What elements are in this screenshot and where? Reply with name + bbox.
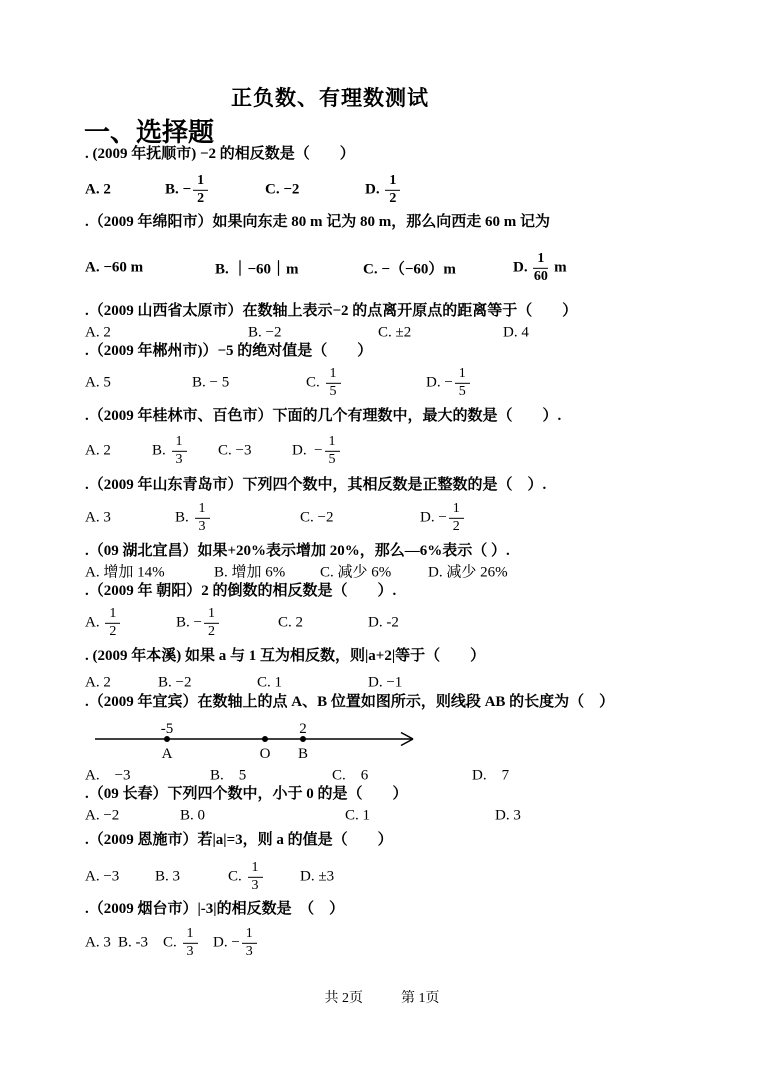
fraction: 12 <box>385 174 400 206</box>
option: D. 3 <box>495 808 521 825</box>
document-page: 正负数、有理数测试 一、选择题 . (2009 年抚顺市) −2 的相反数是（ … <box>0 0 764 1080</box>
option: A. −3 <box>85 764 131 785</box>
fraction-denominator: 2 <box>385 191 400 207</box>
option: A. 2 <box>85 325 111 342</box>
fraction-numerator: 1 <box>242 927 257 944</box>
option: C. ±2 <box>378 325 411 342</box>
option: B. −2 <box>248 325 281 342</box>
fraction-numerator: 1 <box>183 927 198 944</box>
fraction-denominator: 2 <box>449 519 464 535</box>
option: A. 5 <box>85 375 111 392</box>
option: A. −60 m <box>85 260 143 277</box>
option: B. −2 <box>158 675 191 692</box>
number-line-value-label: 2 <box>299 721 307 737</box>
options-row: A. 3B. 13C. −2D. −12 <box>0 498 764 538</box>
fraction: 12 <box>193 174 208 206</box>
option: C. 6 <box>332 764 368 785</box>
options-row: A. 12B. −12C. 2D. -2 <box>0 602 764 644</box>
option: D. −15 <box>426 367 472 399</box>
fraction-numerator: 1 <box>533 252 548 269</box>
option: C. 13 <box>228 861 265 893</box>
options-row: A. 2B. −2C. ±2D. 4 <box>0 323 764 343</box>
fraction-denominator: 60 <box>533 269 548 285</box>
option: A. 2 <box>85 443 111 460</box>
option: B. −12 <box>165 174 210 206</box>
fraction: 13 <box>183 927 198 959</box>
fraction-denominator: 3 <box>195 519 210 535</box>
question-text: .（2009 年绵阳市）如果向东走 80 m 记为 80 m，那么向西走 60 … <box>85 214 550 231</box>
fraction-numerator: 1 <box>248 861 263 878</box>
option: C. 减少 6% <box>320 561 391 582</box>
option: B. 5 <box>210 764 246 785</box>
fraction: 12 <box>105 607 120 639</box>
fraction: 160 <box>533 252 548 284</box>
options-row: A. 5B. − 5C. 15D. −15 <box>0 363 764 403</box>
footer-total-pages: 共 2页 <box>325 987 364 1007</box>
option: B. 0 <box>180 808 205 825</box>
option: B. 13 <box>152 435 189 467</box>
question-text: .（2009 年郴州市)）−5 的绝对值是（ ） <box>85 343 372 360</box>
option: D. 160 m <box>513 252 567 284</box>
option: B. 增加 6% <box>214 561 285 582</box>
fraction: 15 <box>326 367 341 399</box>
fraction-numerator: 1 <box>455 367 470 384</box>
fraction: 13 <box>242 927 257 959</box>
option: D. −1 <box>368 675 402 692</box>
question-text: .（2009 年山东青岛市）下列四个数中，其相反数是正整数的是（ ）. <box>85 477 546 494</box>
fraction: 12 <box>204 607 219 639</box>
number-line-value-label: -5 <box>161 721 174 737</box>
option: C. 15 <box>306 367 343 399</box>
options-row: A. 增加 14%B. 增加 6%C. 减少 6%D. 减少 26% <box>0 561 764 581</box>
fraction: 13 <box>172 435 187 467</box>
option: B. −12 <box>176 607 221 639</box>
options-row: A. 2B. −2C. 1D. −1 <box>0 673 764 693</box>
options-row: A. −3B. 3C. 13D. ±3 <box>0 856 764 898</box>
question-text: . (2009 年抚顺市) −2 的相反数是（ ） <box>85 146 355 163</box>
options-row: A. 2B. 13C. −3D. −15 <box>0 431 764 471</box>
option: C. −3 <box>218 443 251 460</box>
option: A. −2 <box>85 808 119 825</box>
fraction-numerator: 1 <box>204 607 219 624</box>
option: C. 13 <box>163 927 200 959</box>
question-text: .（2009 恩施市）若|a|=3，则 a 的值是（ ） <box>85 832 393 849</box>
fraction-denominator: 5 <box>455 384 470 400</box>
option: D. 7 <box>472 764 509 785</box>
question-text: .（2009 烟台市）|-3|的相反数是 （ ） <box>85 901 344 918</box>
options-row: A. −3B. 5C. 6D. 7 <box>0 764 764 784</box>
section-heading: 一、选择题 <box>84 112 214 149</box>
option: C. −2 <box>300 510 333 527</box>
option: C. −（−60）m <box>363 258 456 279</box>
question-text: .（09 湖北宜昌）如果+20%表示增加 20%，那么—6%表示（ ）. <box>85 543 510 560</box>
fraction-denominator: 3 <box>183 944 198 960</box>
fraction: 15 <box>455 367 470 399</box>
option: C. 1 <box>345 808 370 825</box>
options-row: A. 3B. -3C. 13D. −13 <box>0 922 764 964</box>
fraction-numerator: 1 <box>449 502 464 519</box>
fraction: 15 <box>325 435 340 467</box>
option: B. ｜−60｜m <box>215 258 299 279</box>
number-line-point-label: O <box>260 746 271 762</box>
option: D. -2 <box>368 615 399 632</box>
option: D. 4 <box>503 325 529 342</box>
option: D. −15 <box>292 435 342 467</box>
fraction: 12 <box>449 502 464 534</box>
fraction-denominator: 3 <box>242 944 257 960</box>
fraction-numerator: 1 <box>105 607 120 624</box>
option: D. −13 <box>213 927 259 959</box>
option: B. 3 <box>155 869 180 886</box>
option: A. 增加 14% <box>85 561 165 582</box>
option: D. 减少 26% <box>428 561 508 582</box>
question-text: .（2009 山西省太原市）在数轴上表示−2 的点离开原点的距离等于（ ） <box>85 303 577 320</box>
fraction-denominator: 2 <box>193 191 208 207</box>
fraction: 13 <box>195 502 210 534</box>
option: B. − 5 <box>192 375 229 392</box>
question-text: .（2009 年 朝阳）2 的倒数的相反数是（ ）. <box>85 583 396 600</box>
options-row: A. −2B. 0C. 1D. 3 <box>0 806 764 826</box>
fraction-numerator: 1 <box>325 435 340 452</box>
option: A. 3 <box>85 510 111 527</box>
fraction-denominator: 3 <box>172 452 187 468</box>
fraction-numerator: 1 <box>195 502 210 519</box>
page-footer: 共 2页 第 1页 <box>0 987 764 1007</box>
fraction: 13 <box>248 861 263 893</box>
option: B. -3 <box>118 935 148 952</box>
options-row: A. −60 mB. ｜−60｜mC. −（−60）mD. 160 m <box>0 245 764 291</box>
footer-current-page: 第 1页 <box>401 987 440 1007</box>
option: A. 3 <box>85 935 111 952</box>
option: A. 12 <box>85 607 122 639</box>
option: C. 2 <box>278 615 303 632</box>
option: D. −12 <box>420 502 466 534</box>
fraction-denominator: 5 <box>325 452 340 468</box>
options-row: A. 2B. −12C. −2D. 12 <box>0 170 764 210</box>
option: A. 2 <box>85 675 111 692</box>
fraction-denominator: 2 <box>105 624 120 640</box>
fraction-denominator: 3 <box>248 878 263 894</box>
page-title: 正负数、有理数测试 <box>0 82 660 112</box>
option: C. −2 <box>265 182 299 199</box>
fraction-numerator: 1 <box>385 174 400 191</box>
option: C. 1 <box>257 675 282 692</box>
option: A. 2 <box>85 182 111 199</box>
fraction-numerator: 1 <box>326 367 341 384</box>
question-text: .（2009 年宜宾）在数轴上的点 A、B 位置如图所示，则线段 AB 的长度为… <box>85 694 614 711</box>
option: A. −3 <box>85 869 119 886</box>
fraction-numerator: 1 <box>193 174 208 191</box>
option: D. 12 <box>365 174 402 206</box>
fraction-numerator: 1 <box>172 435 187 452</box>
question-text: . (2009 年本溪) 如果 a 与 1 互为相反数，则|a+2|等于（ ） <box>85 648 485 665</box>
number-line-diagram: AOB-52 <box>0 713 450 768</box>
number-line-point-label: B <box>298 746 308 762</box>
question-text: .（2009 年桂林市、百色市）下面的几个有理数中，最大的数是（ ）. <box>85 408 561 425</box>
fraction-denominator: 2 <box>204 624 219 640</box>
question-text: .（09 长春）下列四个数中，小于 0 的是（ ） <box>85 786 408 803</box>
option: D. ±3 <box>300 869 334 886</box>
option: B. 13 <box>175 502 212 534</box>
fraction-denominator: 5 <box>326 384 341 400</box>
number-line-point-label: A <box>162 746 173 762</box>
